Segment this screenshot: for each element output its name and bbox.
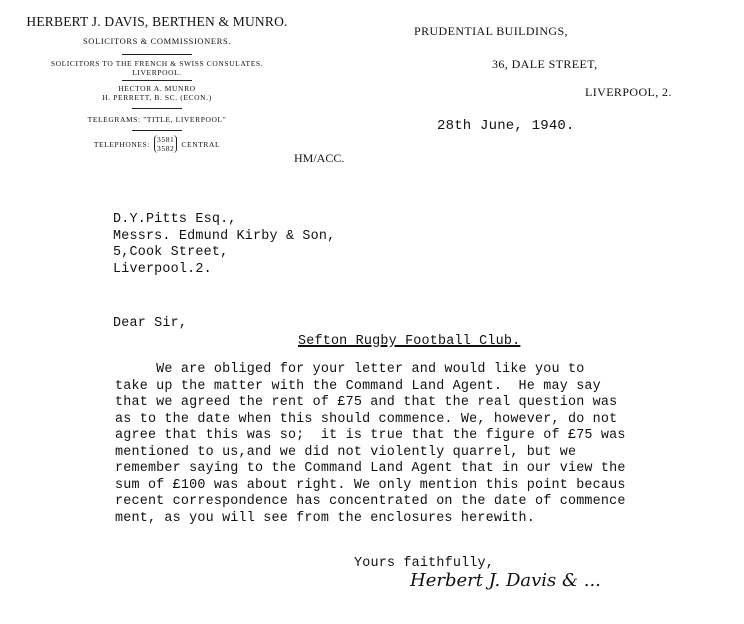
letter-date: 28th June, 1940. <box>437 118 575 135</box>
divider <box>132 108 182 109</box>
partner-name: HECTOR A. MUNRO <box>22 84 292 93</box>
divider <box>122 80 192 81</box>
body-line: take up the matter with the Command Land… <box>115 379 626 396</box>
body-line: agree that this was so; it is true that … <box>115 428 626 445</box>
body-line: We are obliged for your letter and would… <box>115 362 626 379</box>
consulates-line: SOLICITORS TO THE FRENCH & SWISS CONSULA… <box>22 59 292 68</box>
firm-subtitle: SOLICITORS & COMMISSIONERS. <box>22 36 292 46</box>
consulates-city: LIVERPOOL. <box>22 68 292 77</box>
body-line: ment, as you will see from the enclosure… <box>115 511 626 528</box>
signature: Herbert J. Davis & ... <box>410 570 601 591</box>
letter-body: We are obliged for your letter and would… <box>115 362 626 527</box>
telephone-numbers: 3581 3582 <box>154 135 177 153</box>
telephones: TELEPHONES: 3581 3582 CENTRAL <box>22 135 292 153</box>
body-line: sum of £100 was about right. We only men… <box>115 478 626 495</box>
telephones-label: TELEPHONES: <box>94 140 150 149</box>
address-line: LIVERPOOL, 2. <box>585 85 672 100</box>
partner-name: H. PERRETT, B. SC. (ECON.) <box>22 93 292 102</box>
body-line: recent correspondence has concentrated o… <box>115 494 626 511</box>
body-line: remember saying to the Command Land Agen… <box>115 461 626 478</box>
body-line: that we agreed the rent of £75 and that … <box>115 395 626 412</box>
firm-name: HERBERT J. DAVIS, BERTHEN & MUNRO. <box>22 14 292 30</box>
telegrams: TELEGRAMS: "TITLE, LIVERPOOL" <box>22 115 292 124</box>
body-line: as to the date when this should commence… <box>115 412 626 429</box>
subject-line: Sefton Rugby Football Club. <box>298 334 520 351</box>
body-line: mentioned to us,and we did not violently… <box>115 445 626 462</box>
recipient-address: D.Y.Pitts Esq., Messrs. Edmund Kirby & S… <box>113 212 335 278</box>
salutation: Dear Sir, <box>113 316 187 333</box>
letterhead-left: HERBERT J. DAVIS, BERTHEN & MUNRO. SOLIC… <box>22 14 292 153</box>
divider <box>122 54 192 55</box>
address-line: PRUDENTIAL BUILDINGS, <box>414 24 568 39</box>
address-line: 36, DALE STREET, <box>492 57 598 72</box>
telephones-exchange: CENTRAL <box>181 140 220 149</box>
divider <box>132 130 182 131</box>
reference: HM/ACC. <box>294 151 344 166</box>
